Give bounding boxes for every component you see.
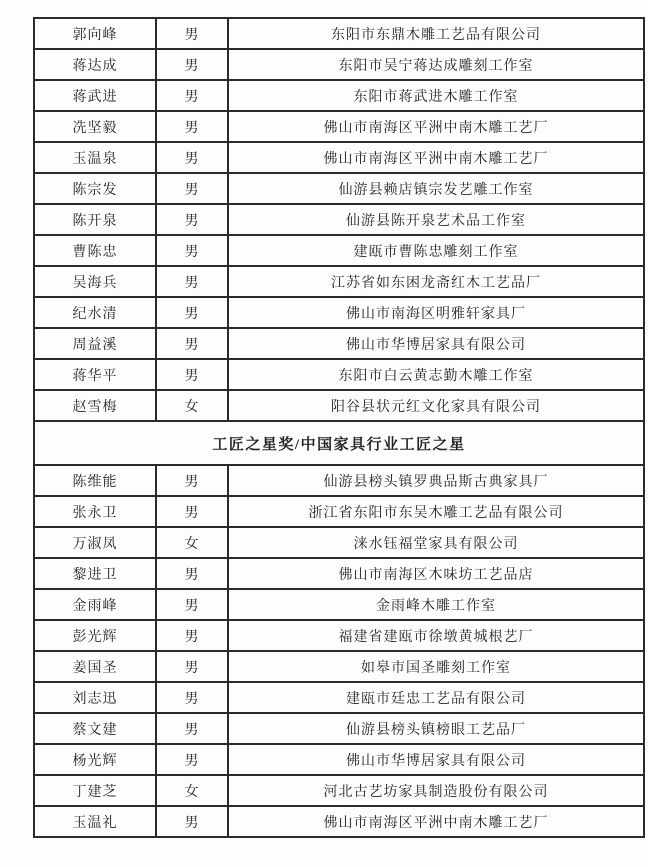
section-header-title: 工匠之星奖/中国家具行业工匠之星 [34, 421, 644, 465]
table-row: 陈宗发男仙游县赖店镇宗发艺雕工作室 [34, 173, 644, 204]
table-row: 玉温礼男佛山市南海区平洲中南木雕工艺厂 [34, 806, 644, 837]
table-row: 玉温泉男佛山市南海区平洲中南木雕工艺厂 [34, 142, 644, 173]
document-page: 郭向峰男东阳市东鼎木雕工艺品有限公司蒋达成男东阳市吴宁蒋达成雕刻工作室蒋武进男东… [0, 0, 648, 867]
table-row: 蒋达成男东阳市吴宁蒋达成雕刻工作室 [34, 49, 644, 80]
name-cell: 周益溪 [34, 328, 156, 359]
organization-cell: 涞水钰福堂家具有限公司 [228, 527, 644, 558]
gender-cell: 男 [156, 142, 228, 173]
organization-cell: 仙游县榜头镇榜眼工艺品厂 [228, 713, 644, 744]
table-row: 纪水清男佛山市南海区明雅轩家具厂 [34, 297, 644, 328]
organization-cell: 佛山市南海区平洲中南木雕工艺厂 [228, 111, 644, 142]
organization-cell: 佛山市华博居家具有限公司 [228, 744, 644, 775]
organization-cell: 佛山市南海区明雅轩家具厂 [228, 297, 644, 328]
name-cell: 郭向峰 [34, 18, 156, 49]
organization-cell: 建瓯市廷忠工艺品有限公司 [228, 682, 644, 713]
gender-cell: 男 [156, 297, 228, 328]
table-row: 杨光辉男佛山市华博居家具有限公司 [34, 744, 644, 775]
organization-cell: 如皋市国圣雕刻工作室 [228, 651, 644, 682]
organization-cell: 河北古艺坊家具制造股份有限公司 [228, 775, 644, 806]
gender-cell: 女 [156, 775, 228, 806]
organization-cell: 佛山市南海区平洲中南木雕工艺厂 [228, 806, 644, 837]
gender-cell: 男 [156, 204, 228, 235]
organization-cell: 佛山市南海区平洲中南木雕工艺厂 [228, 142, 644, 173]
organization-cell: 福建省建瓯市徐墩黄城根艺厂 [228, 620, 644, 651]
award-table: 郭向峰男东阳市东鼎木雕工艺品有限公司蒋达成男东阳市吴宁蒋达成雕刻工作室蒋武进男东… [33, 17, 645, 838]
organization-cell: 仙游县陈开泉艺术品工作室 [228, 204, 644, 235]
gender-cell: 女 [156, 527, 228, 558]
table-row: 蒋华平男东阳市白云黄志勤木雕工作室 [34, 359, 644, 390]
gender-cell: 女 [156, 390, 228, 421]
gender-cell: 男 [156, 682, 228, 713]
table-row: 黎进卫男佛山市南海区木味坊工艺品店 [34, 558, 644, 589]
organization-cell: 浙江省东阳市东吴木雕工艺品有限公司 [228, 496, 644, 527]
gender-cell: 男 [156, 111, 228, 142]
name-cell: 杨光辉 [34, 744, 156, 775]
table-row: 金雨峰男金雨峰木雕工作室 [34, 589, 644, 620]
organization-cell: 仙游县榜头镇罗典品斯古典家具厂 [228, 465, 644, 496]
gender-cell: 男 [156, 744, 228, 775]
name-cell: 赵雪梅 [34, 390, 156, 421]
name-cell: 万淑凤 [34, 527, 156, 558]
name-cell: 冼坚毅 [34, 111, 156, 142]
table-row: 郭向峰男东阳市东鼎木雕工艺品有限公司 [34, 18, 644, 49]
table-row: 吴海兵男江苏省如东困龙斋红木工艺品厂 [34, 266, 644, 297]
table-row: 赵雪梅女阳谷县状元红文化家具有限公司 [34, 390, 644, 421]
gender-cell: 男 [156, 465, 228, 496]
name-cell: 黎进卫 [34, 558, 156, 589]
name-cell: 丁建芝 [34, 775, 156, 806]
name-cell: 陈宗发 [34, 173, 156, 204]
gender-cell: 男 [156, 589, 228, 620]
name-cell: 蒋达成 [34, 49, 156, 80]
table-row: 陈维能男仙游县榜头镇罗典品斯古典家具厂 [34, 465, 644, 496]
gender-cell: 男 [156, 558, 228, 589]
name-cell: 陈维能 [34, 465, 156, 496]
name-cell: 蒋武进 [34, 80, 156, 111]
name-cell: 蒋华平 [34, 359, 156, 390]
table-row: 周益溪男佛山市华博居家具有限公司 [34, 328, 644, 359]
gender-cell: 男 [156, 359, 228, 390]
name-cell: 张永卫 [34, 496, 156, 527]
name-cell: 吴海兵 [34, 266, 156, 297]
name-cell: 纪水清 [34, 297, 156, 328]
table-row: 万淑凤女涞水钰福堂家具有限公司 [34, 527, 644, 558]
gender-cell: 男 [156, 328, 228, 359]
name-cell: 玉温礼 [34, 806, 156, 837]
name-cell: 刘志迅 [34, 682, 156, 713]
name-cell: 蔡文建 [34, 713, 156, 744]
gender-cell: 男 [156, 496, 228, 527]
table-row: 丁建芝女河北古艺坊家具制造股份有限公司 [34, 775, 644, 806]
gender-cell: 男 [156, 235, 228, 266]
table-row: 蔡文建男仙游县榜头镇榜眼工艺品厂 [34, 713, 644, 744]
organization-cell: 仙游县赖店镇宗发艺雕工作室 [228, 173, 644, 204]
name-cell: 玉温泉 [34, 142, 156, 173]
gender-cell: 男 [156, 173, 228, 204]
gender-cell: 男 [156, 713, 228, 744]
award-table-body: 郭向峰男东阳市东鼎木雕工艺品有限公司蒋达成男东阳市吴宁蒋达成雕刻工作室蒋武进男东… [34, 18, 644, 837]
name-cell: 彭光辉 [34, 620, 156, 651]
organization-cell: 建瓯市曹陈忠雕刻工作室 [228, 235, 644, 266]
organization-cell: 金雨峰木雕工作室 [228, 589, 644, 620]
organization-cell: 东阳市白云黄志勤木雕工作室 [228, 359, 644, 390]
table-row: 彭光辉男福建省建瓯市徐墩黄城根艺厂 [34, 620, 644, 651]
table-row: 姜国圣男如皋市国圣雕刻工作室 [34, 651, 644, 682]
gender-cell: 男 [156, 80, 228, 111]
organization-cell: 佛山市华博居家具有限公司 [228, 328, 644, 359]
organization-cell: 阳谷县状元红文化家具有限公司 [228, 390, 644, 421]
gender-cell: 男 [156, 620, 228, 651]
name-cell: 姜国圣 [34, 651, 156, 682]
table-row: 刘志迅男建瓯市廷忠工艺品有限公司 [34, 682, 644, 713]
name-cell: 曹陈忠 [34, 235, 156, 266]
table-row: 蒋武进男东阳市蒋武进木雕工作室 [34, 80, 644, 111]
name-cell: 陈开泉 [34, 204, 156, 235]
gender-cell: 男 [156, 18, 228, 49]
name-cell: 金雨峰 [34, 589, 156, 620]
gender-cell: 男 [156, 806, 228, 837]
organization-cell: 东阳市东鼎木雕工艺品有限公司 [228, 18, 644, 49]
table-row: 冼坚毅男佛山市南海区平洲中南木雕工艺厂 [34, 111, 644, 142]
table-row: 曹陈忠男建瓯市曹陈忠雕刻工作室 [34, 235, 644, 266]
organization-cell: 东阳市蒋武进木雕工作室 [228, 80, 644, 111]
table-row: 陈开泉男仙游县陈开泉艺术品工作室 [34, 204, 644, 235]
gender-cell: 男 [156, 266, 228, 297]
section-header-row: 工匠之星奖/中国家具行业工匠之星 [34, 421, 644, 465]
organization-cell: 东阳市吴宁蒋达成雕刻工作室 [228, 49, 644, 80]
organization-cell: 佛山市南海区木味坊工艺品店 [228, 558, 644, 589]
organization-cell: 江苏省如东困龙斋红木工艺品厂 [228, 266, 644, 297]
gender-cell: 男 [156, 49, 228, 80]
table-row: 张永卫男浙江省东阳市东吴木雕工艺品有限公司 [34, 496, 644, 527]
gender-cell: 男 [156, 651, 228, 682]
